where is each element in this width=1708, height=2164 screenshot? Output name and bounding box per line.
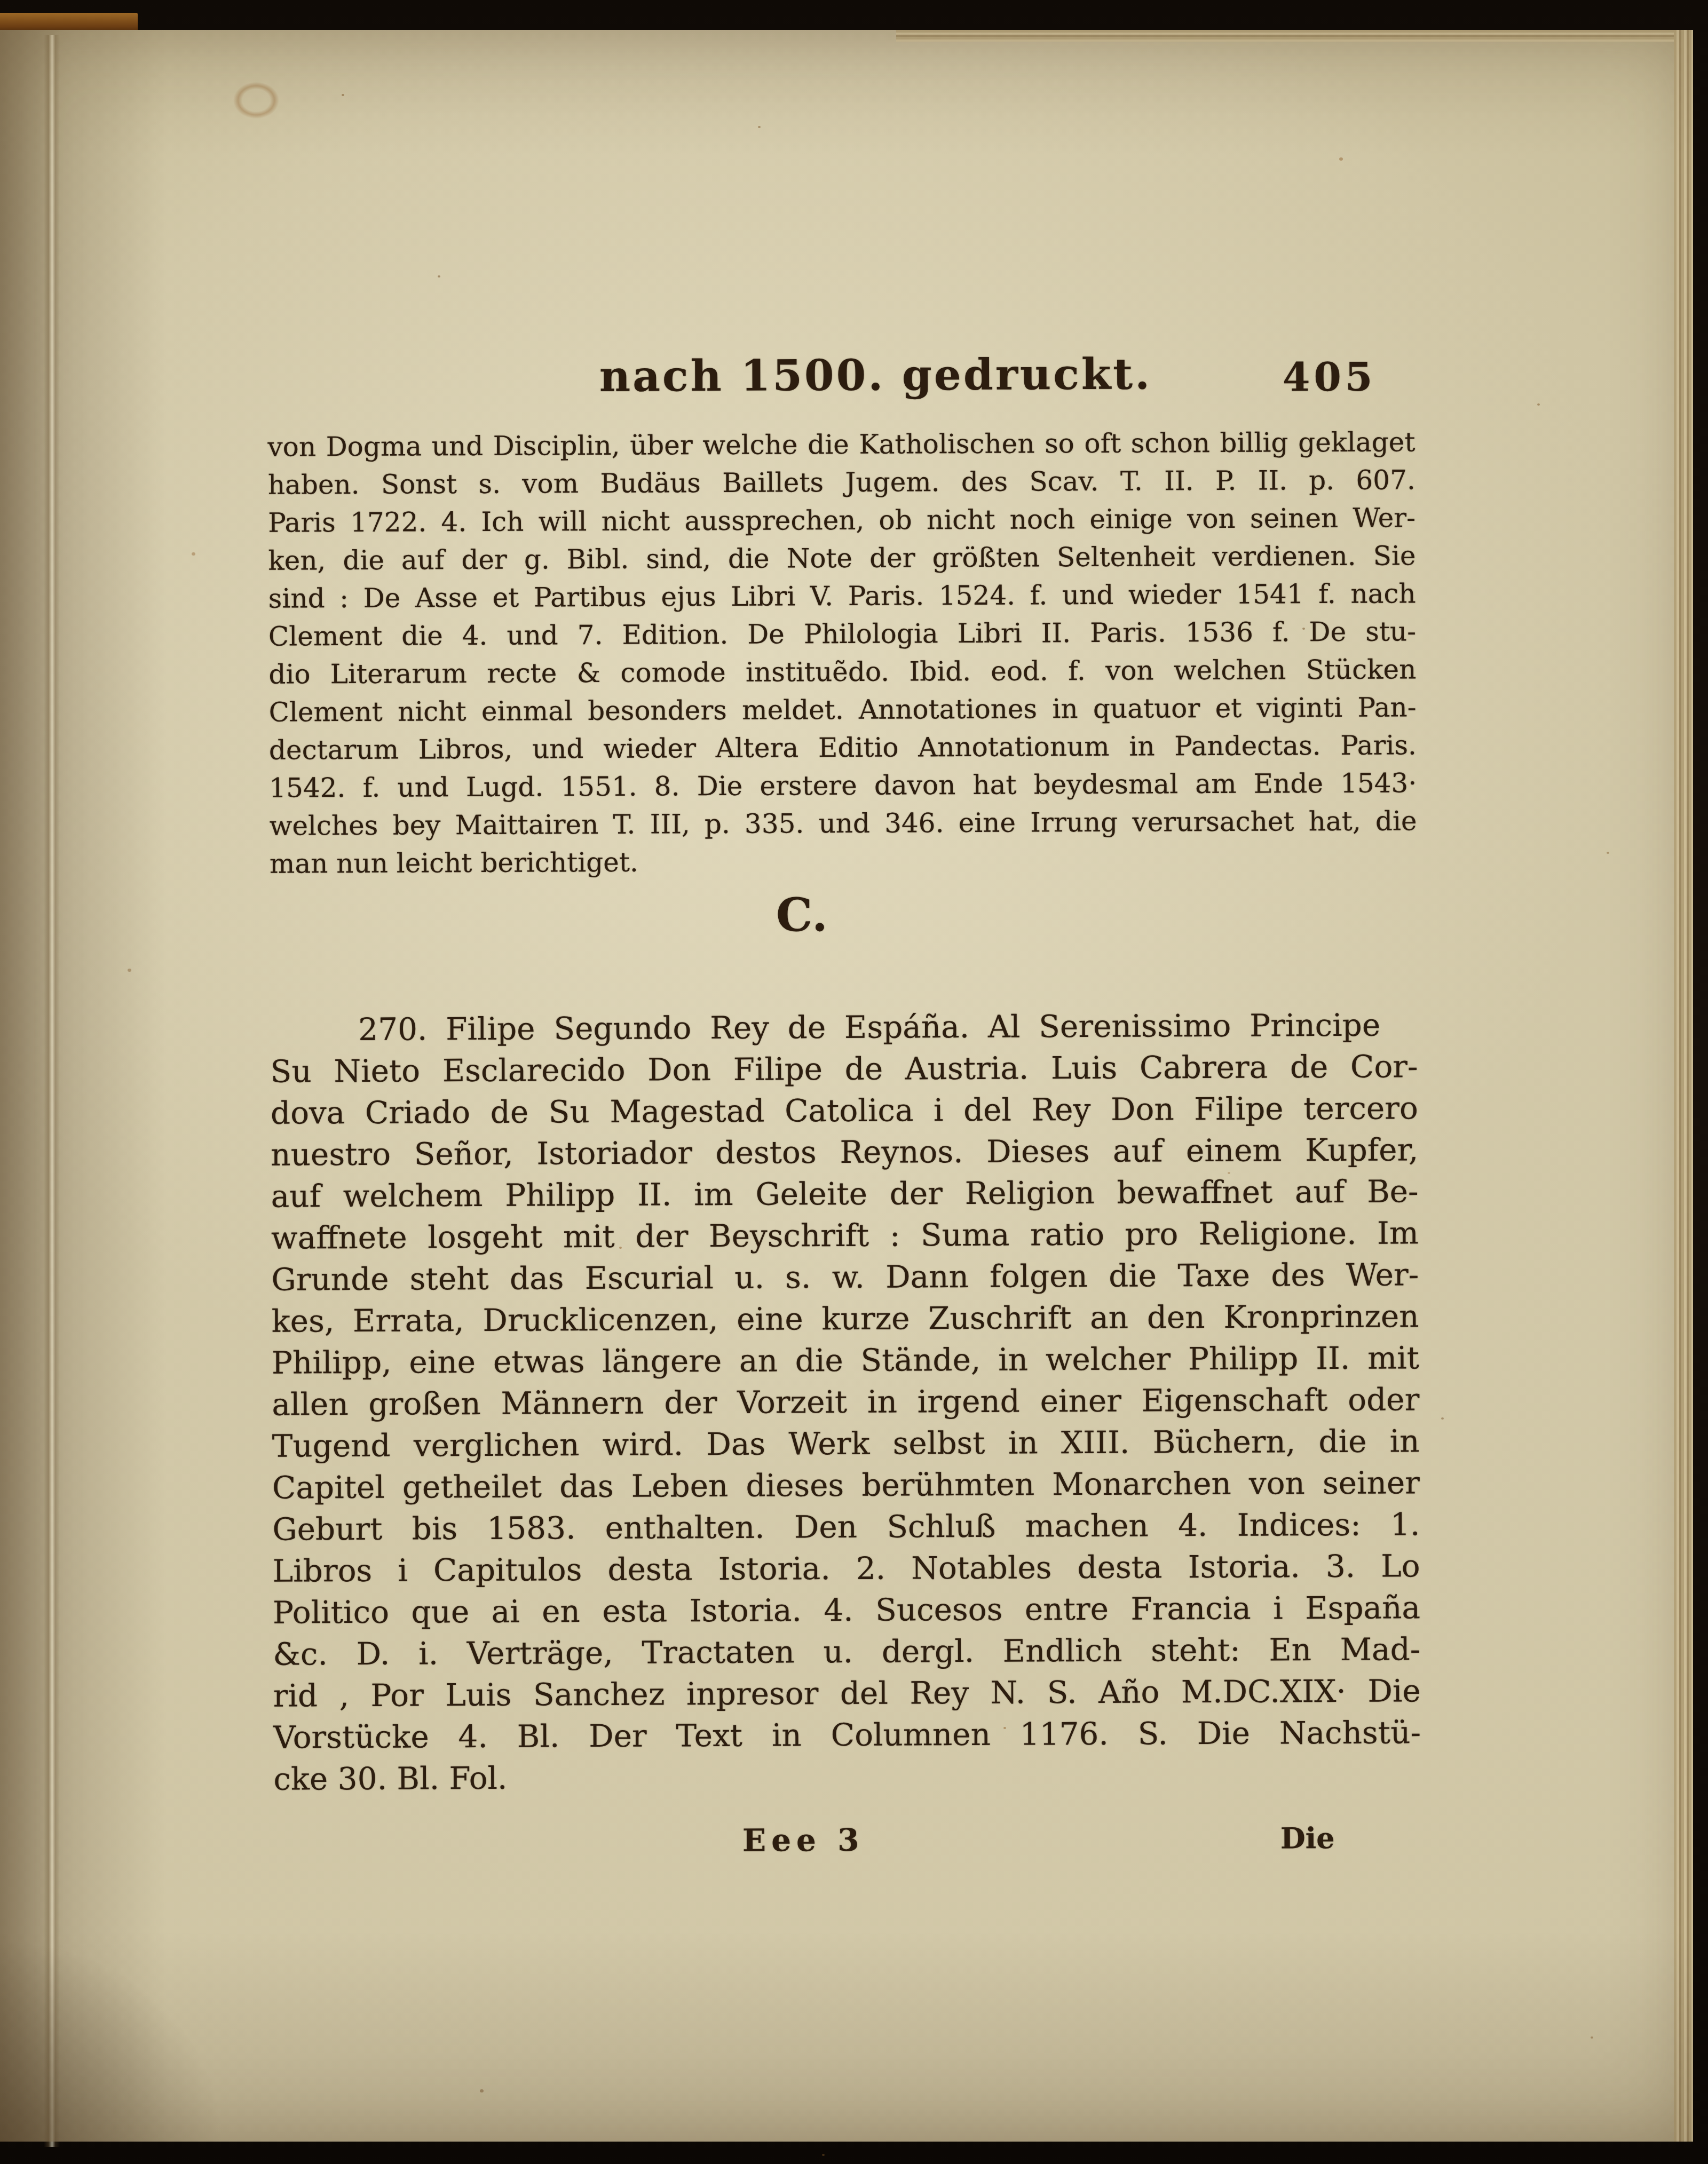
text-line: Capitel getheilet das Leben dieses berüh… bbox=[272, 1462, 1420, 1508]
page-content: nach 1500. gedruckt. 405 von Dogma und D… bbox=[266, 27, 1422, 2144]
text-line: dectarum Libros, und wieder Altera Editi… bbox=[269, 726, 1417, 769]
text-line: cke 30. Bl. Fol. bbox=[273, 1753, 1421, 1800]
text-line: dova Criado de Su Magestad Catolica i de… bbox=[271, 1087, 1418, 1133]
book-page: nach 1500. gedruckt. 405 von Dogma und D… bbox=[0, 30, 1693, 2142]
text-line: auf welchem Philipp II. im Geleite der R… bbox=[271, 1170, 1418, 1217]
section-heading: C. bbox=[228, 886, 1375, 945]
text-line: Su Nieto Esclarecido Don Filipe de Austr… bbox=[270, 1045, 1418, 1092]
text-line: Grunde steht das Escurial u. s. w. Dann … bbox=[271, 1254, 1419, 1300]
text-line: Clement die 4. und 7. Edition. De Philol… bbox=[268, 613, 1416, 655]
book-photo: nach 1500. gedruckt. 405 von Dogma und D… bbox=[0, 0, 1708, 2164]
text-line: Tugend verglichen wird. Das Werk selbst … bbox=[272, 1420, 1419, 1467]
text-line: 270. Filipe Segundo Rey de Espáña. Al Se… bbox=[270, 1004, 1418, 1050]
paragraph-continuation: von Dogma und Disciplin, über welche die… bbox=[267, 423, 1417, 883]
text-line: 1542. f. und Lugd. 1551. 8. Die erstere … bbox=[269, 764, 1417, 807]
catchword: Die bbox=[1280, 1821, 1335, 1855]
text-line: kes, Errata, Drucklicenzen, eine kurze Z… bbox=[271, 1295, 1419, 1342]
corner-shadow bbox=[0, 1939, 224, 2142]
text-line: rid , Por Luis Sanchez inpresor del Rey … bbox=[273, 1670, 1421, 1716]
page-edges-right bbox=[1674, 30, 1693, 2142]
text-line: von Dogma und Disciplin, über welche die… bbox=[267, 423, 1415, 466]
text-line: waffnete losgeht mit der Beyschrift : Su… bbox=[271, 1212, 1419, 1258]
entry-270: 270. Filipe Segundo Rey de Espáña. Al Se… bbox=[270, 1004, 1421, 1800]
text-line: Clement nicht einmal besonders meldet. A… bbox=[269, 688, 1417, 731]
text-line: Libros i Capitulos desta Istoria. 2. Not… bbox=[273, 1545, 1420, 1591]
text-line: dio Literarum recte & comode instituẽdo.… bbox=[268, 651, 1416, 693]
text-line: Geburt bis 1583. enthalten. Den Schluß m… bbox=[272, 1503, 1420, 1550]
text-line: Paris 1722. 4. Ich will nicht ausspreche… bbox=[268, 499, 1416, 542]
text-line: sind : De Asse et Partibus ejus Libri V.… bbox=[268, 575, 1416, 617]
text-line: nuestro Señor, Istoriador destos Reynos.… bbox=[271, 1129, 1418, 1175]
text-line: Politico que ai en esta Istoria. 4. Suce… bbox=[273, 1587, 1420, 1633]
text-line: haben. Sonst s. vom Budäus Baillets Juge… bbox=[268, 461, 1416, 504]
paper-crease bbox=[44, 35, 60, 2147]
running-title: nach 1500. gedruckt. bbox=[599, 348, 1152, 401]
text-line: welches bey Maittairen T. III, p. 335. u… bbox=[269, 802, 1417, 845]
text-line: Philipp, eine etwas längere an die Ständ… bbox=[272, 1337, 1419, 1383]
signature-mark: Eee 3 bbox=[742, 1822, 865, 1859]
text-line: allen großen Männern der Vorzeit in irge… bbox=[272, 1378, 1419, 1425]
text-line: &c. D. i. Verträge, Tractaten u. dergl. … bbox=[273, 1628, 1420, 1675]
page-number: 405 bbox=[1283, 354, 1377, 401]
text-line: ken, die auf der g. Bibl. sind, die Note… bbox=[268, 537, 1416, 580]
gutter-shadow bbox=[0, 30, 165, 2142]
text-line: Vorstücke 4. Bl. Der Text in Columnen 11… bbox=[273, 1711, 1421, 1758]
text-line: man nun leicht berichtiget. bbox=[270, 840, 1417, 883]
